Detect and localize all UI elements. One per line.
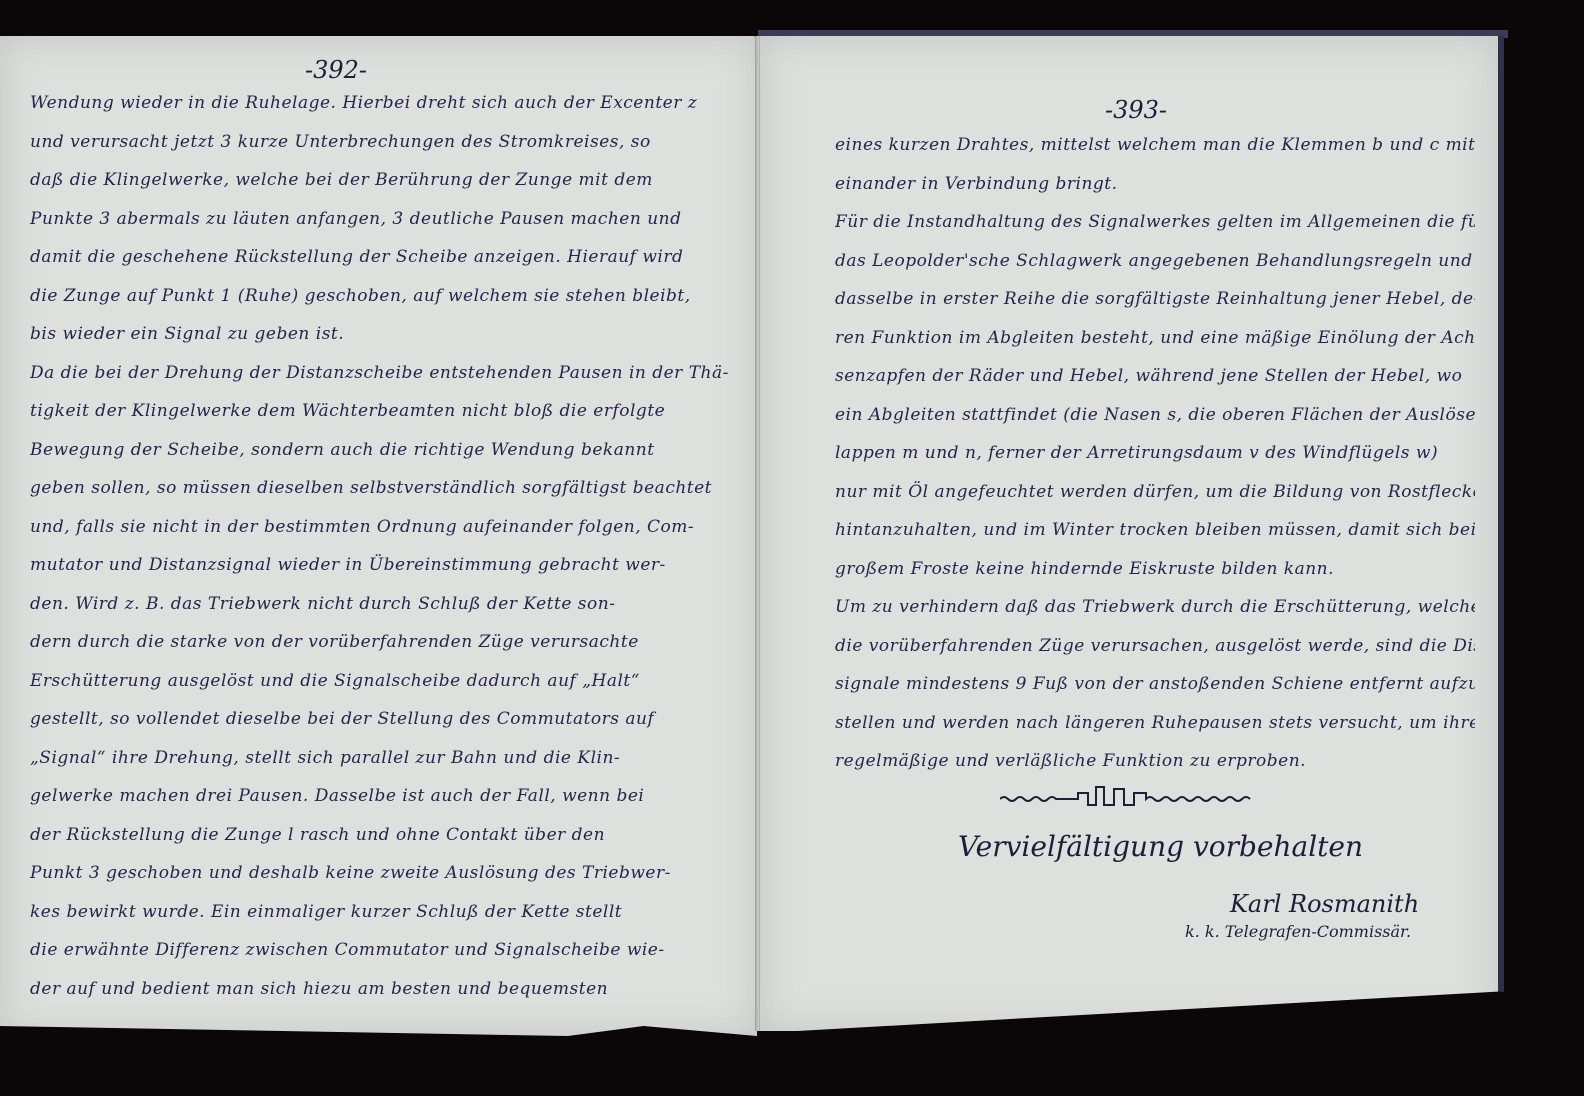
author-signature: Karl Rosmanith: [1230, 890, 1419, 918]
text-line: Um zu verhindern daß das Triebwerk durch…: [835, 588, 1475, 627]
decorative-line-ornament-icon: [1000, 785, 1260, 809]
right-page-number: -393-: [1105, 96, 1167, 124]
author-title: k. k. Telegrafen-Commissär.: [1185, 922, 1411, 941]
text-line: lappen m und n, ferner der Arretirungsda…: [835, 434, 1475, 473]
text-line: gestellt, so vollendet dieselbe bei der …: [30, 700, 730, 739]
closing-note: Vervielfältigung vorbehalten: [958, 830, 1363, 863]
text-line: hintanzuhalten, und im Winter trocken bl…: [835, 511, 1475, 550]
text-line: Punkt 3 geschoben und deshalb keine zwei…: [30, 854, 730, 893]
text-line: stellen und werden nach längeren Ruhepau…: [835, 704, 1475, 743]
text-line: der Rückstellung die Zunge l rasch und o…: [30, 816, 730, 855]
text-line: bis wieder ein Signal zu geben ist.: [30, 315, 730, 354]
text-line: damit die geschehene Rückstellung der Sc…: [30, 238, 730, 277]
text-line: und verursacht jetzt 3 kurze Unterbrechu…: [30, 123, 730, 162]
text-line: tigkeit der Klingelwerke dem Wächterbeam…: [30, 392, 730, 431]
left-page-text: Wendung wieder in die Ruhelage. Hierbei …: [30, 84, 730, 1008]
text-line: daß die Klingelwerke, welche bei der Ber…: [30, 161, 730, 200]
text-line: senzapfen der Räder und Hebel, während j…: [835, 357, 1475, 396]
text-line: die vorüberfahrenden Züge verursachen, a…: [835, 627, 1475, 666]
text-line: eines kurzen Drahtes, mittelst welchem m…: [835, 126, 1475, 165]
text-line: den. Wird z. B. das Triebwerk nicht durc…: [30, 585, 730, 624]
text-line: und, falls sie nicht in der bestimmten O…: [30, 508, 730, 547]
text-line: regelmäßige und verläßliche Funktion zu …: [835, 742, 1475, 781]
right-page-text: eines kurzen Drahtes, mittelst welchem m…: [835, 126, 1475, 781]
text-line: Für die Instandhaltung des Signalwerkes …: [835, 203, 1475, 242]
text-line: geben sollen, so müssen dieselben selbst…: [30, 469, 730, 508]
text-line: gelwerke machen drei Pausen. Dasselbe is…: [30, 777, 730, 816]
text-line: die Zunge auf Punkt 1 (Ruhe) geschoben, …: [30, 277, 730, 316]
text-line: mutator und Distanzsignal wieder in Über…: [30, 546, 730, 585]
text-line: Bewegung der Scheibe, sondern auch die r…: [30, 431, 730, 470]
text-line: dern durch die starke von der vorüberfah…: [30, 623, 730, 662]
text-line: Erschütterung ausgelöst und die Signalsc…: [30, 662, 730, 701]
text-line: „Signal“ ihre Drehung, stellt sich paral…: [30, 739, 730, 778]
text-line: das Leopolder'sche Schlagwerk angegebene…: [835, 242, 1475, 281]
text-line: nur mit Öl angefeuchtet werden dürfen, u…: [835, 473, 1475, 512]
text-line: Da die bei der Drehung der Distanzscheib…: [30, 354, 730, 393]
left-page: -392- Wendung wieder in die Ruhelage. Hi…: [0, 36, 757, 1036]
left-page-number: -392-: [305, 56, 367, 84]
text-line: Wendung wieder in die Ruhelage. Hierbei …: [30, 84, 730, 123]
text-line: Punkte 3 abermals zu läuten anfangen, 3 …: [30, 200, 730, 239]
text-line: ein Abgleiten stattfindet (die Nasen s, …: [835, 396, 1475, 435]
text-line: dasselbe in erster Reihe die sorgfältigs…: [835, 280, 1475, 319]
text-line: signale mindestens 9 Fuß von der anstoße…: [835, 665, 1475, 704]
text-line: ren Funktion im Abgleiten besteht, und e…: [835, 319, 1475, 358]
right-page: -393- eines kurzen Drahtes, mittelst wel…: [760, 36, 1504, 1031]
text-line: der auf und bedient man sich hiezu am be…: [30, 970, 730, 1009]
text-line: großem Froste keine hindernde Eiskruste …: [835, 550, 1475, 589]
text-line: kes bewirkt wurde. Ein einmaliger kurzer…: [30, 893, 730, 932]
text-line: die erwähnte Differenz zwischen Commutat…: [30, 931, 730, 970]
text-line: einander in Verbindung bringt.: [835, 165, 1475, 204]
